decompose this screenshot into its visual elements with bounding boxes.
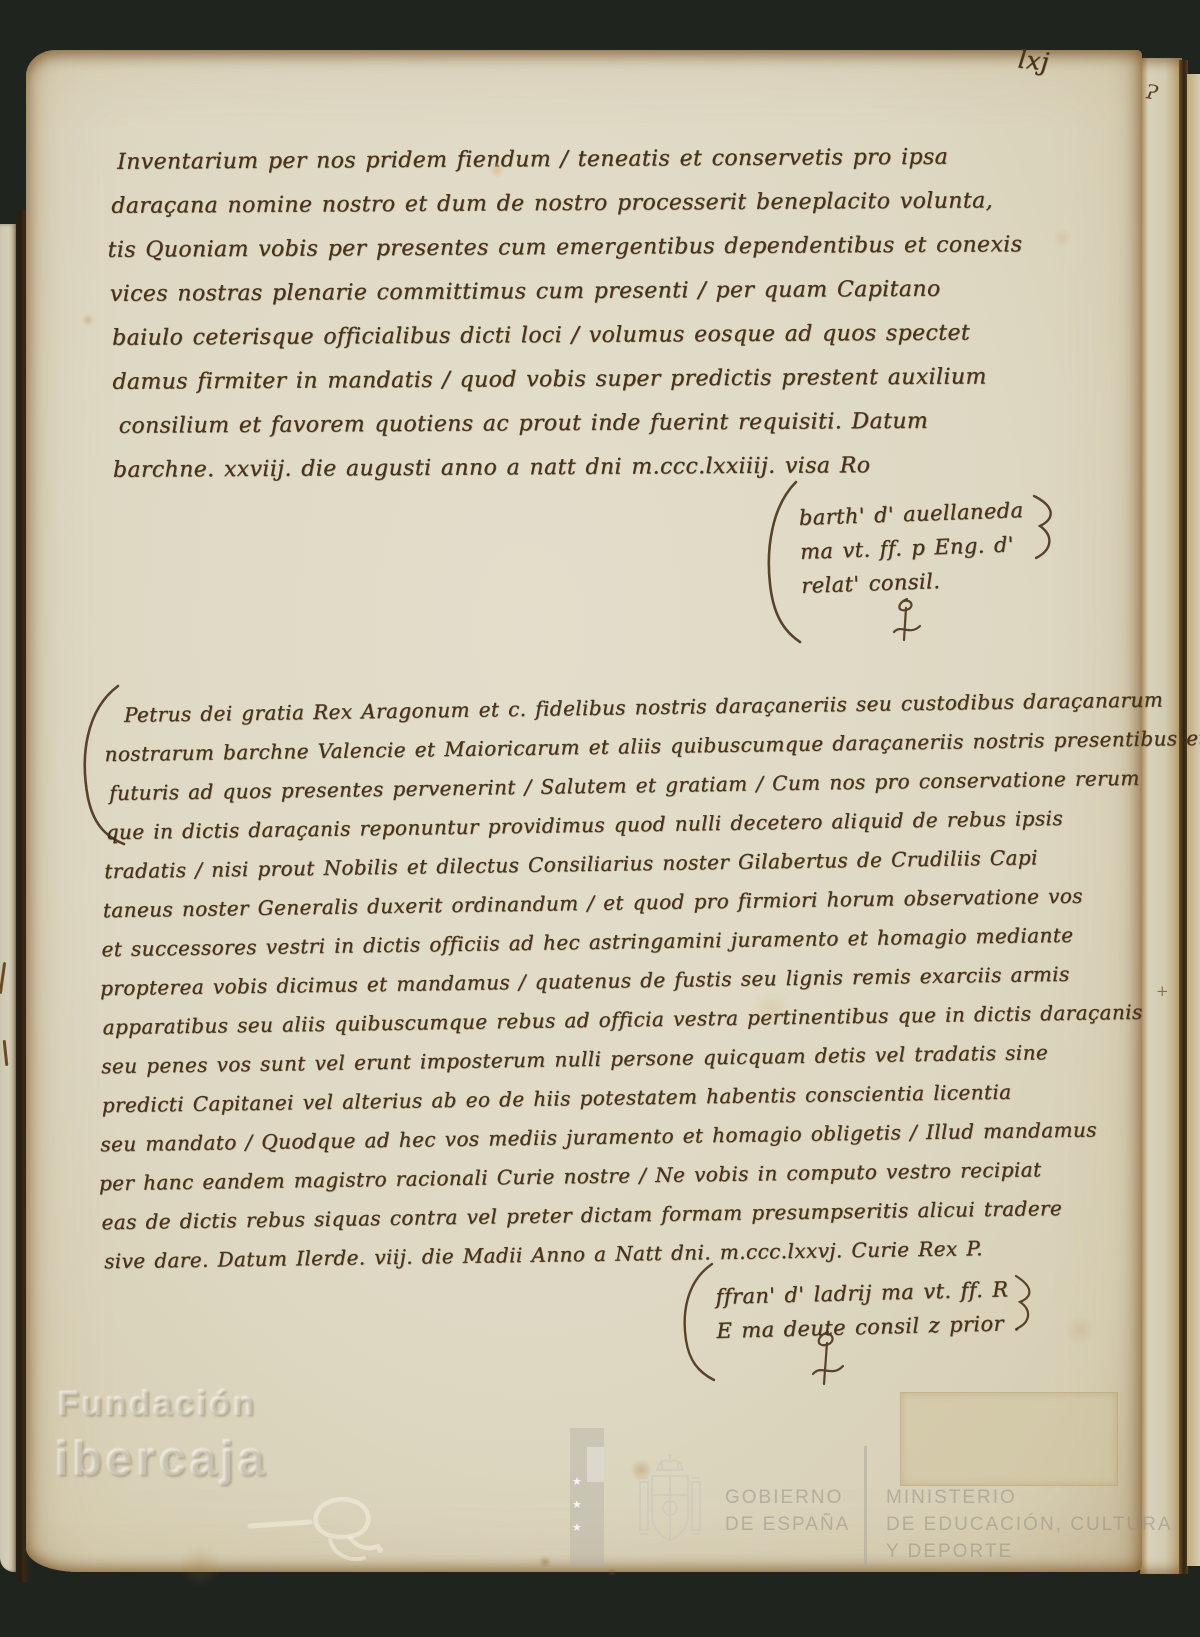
ministerio-watermark: MINISTERIO DE EDUCACIÓN, CULTURA Y DEPOR… [886,1484,1173,1565]
flag-notch [587,1447,604,1482]
star-icon: ★ [572,1499,582,1510]
ministerio-line2: DE EDUCACIÓN, CULTURA [886,1511,1173,1538]
manuscript-scan: lxj Ɂ + Inventarium per nos pridem fiend… [0,0,1200,1637]
ibercaja-bird-icon [246,1488,396,1572]
repair-patch [900,1392,1118,1486]
signature-close-mark [1030,492,1060,562]
coat-of-arms-icon [628,1452,712,1564]
letter-block-2: Petrus dei gratia Rex Aragonum et c. fid… [98,680,1200,1281]
manuscript-line: vices nostras plenarie committimus cum p… [110,267,1023,317]
manuscript-line: Inventarium per nos pridem fiendum / ten… [117,135,1022,185]
folio-number: lxj [1017,44,1051,76]
spain-flag-watermark: ★ ★ ★ [570,1428,604,1566]
manuscript-line: barchne. xxviij. die augusti anno a natt… [113,443,1024,493]
manuscript-line: consilium et favorem quotiens ac prout i… [119,399,1024,449]
watermark-divider [864,1446,867,1566]
chancery-note-1: barth' d' auellaneda ma vt. ff. p Eng. d… [798,493,1026,603]
gobierno-line1: GOBIERNO [725,1484,850,1511]
signature-close-mark [1012,1272,1038,1332]
star-icon: ★ [572,1476,582,1487]
ministerio-line1: MINISTERIO [886,1484,1173,1511]
letter-block-1: Inventarium per nos pridem fiendum / ten… [111,135,1024,493]
gobierno-line2: DE ESPAÑA [725,1511,850,1538]
paraph-flourish [890,596,924,648]
ministerio-line3: Y DEPORTE [886,1538,1173,1565]
manuscript-line: damus firmiter in mandatis / quod vobis … [112,355,1023,405]
paraph-flourish [808,1328,848,1394]
manuscript-line: daraçana nomine nostro et dum de nostro … [111,179,1022,229]
star-icon: ★ [572,1522,582,1533]
chancery-note-2: ffran' d' ladrij ma vt. ff. R E ma deute… [715,1272,1020,1348]
gobierno-watermark: GOBIERNO DE ESPAÑA [725,1484,850,1538]
ibercaja-watermark-line2: ibercaja [55,1432,268,1487]
manuscript-line: baiulo ceterisque officialibus dicti loc… [112,311,1023,361]
manuscript-line: tis Quoniam vobis per presentes cum emer… [107,223,1022,273]
ibercaja-watermark-line1: Fundación [58,1385,257,1424]
